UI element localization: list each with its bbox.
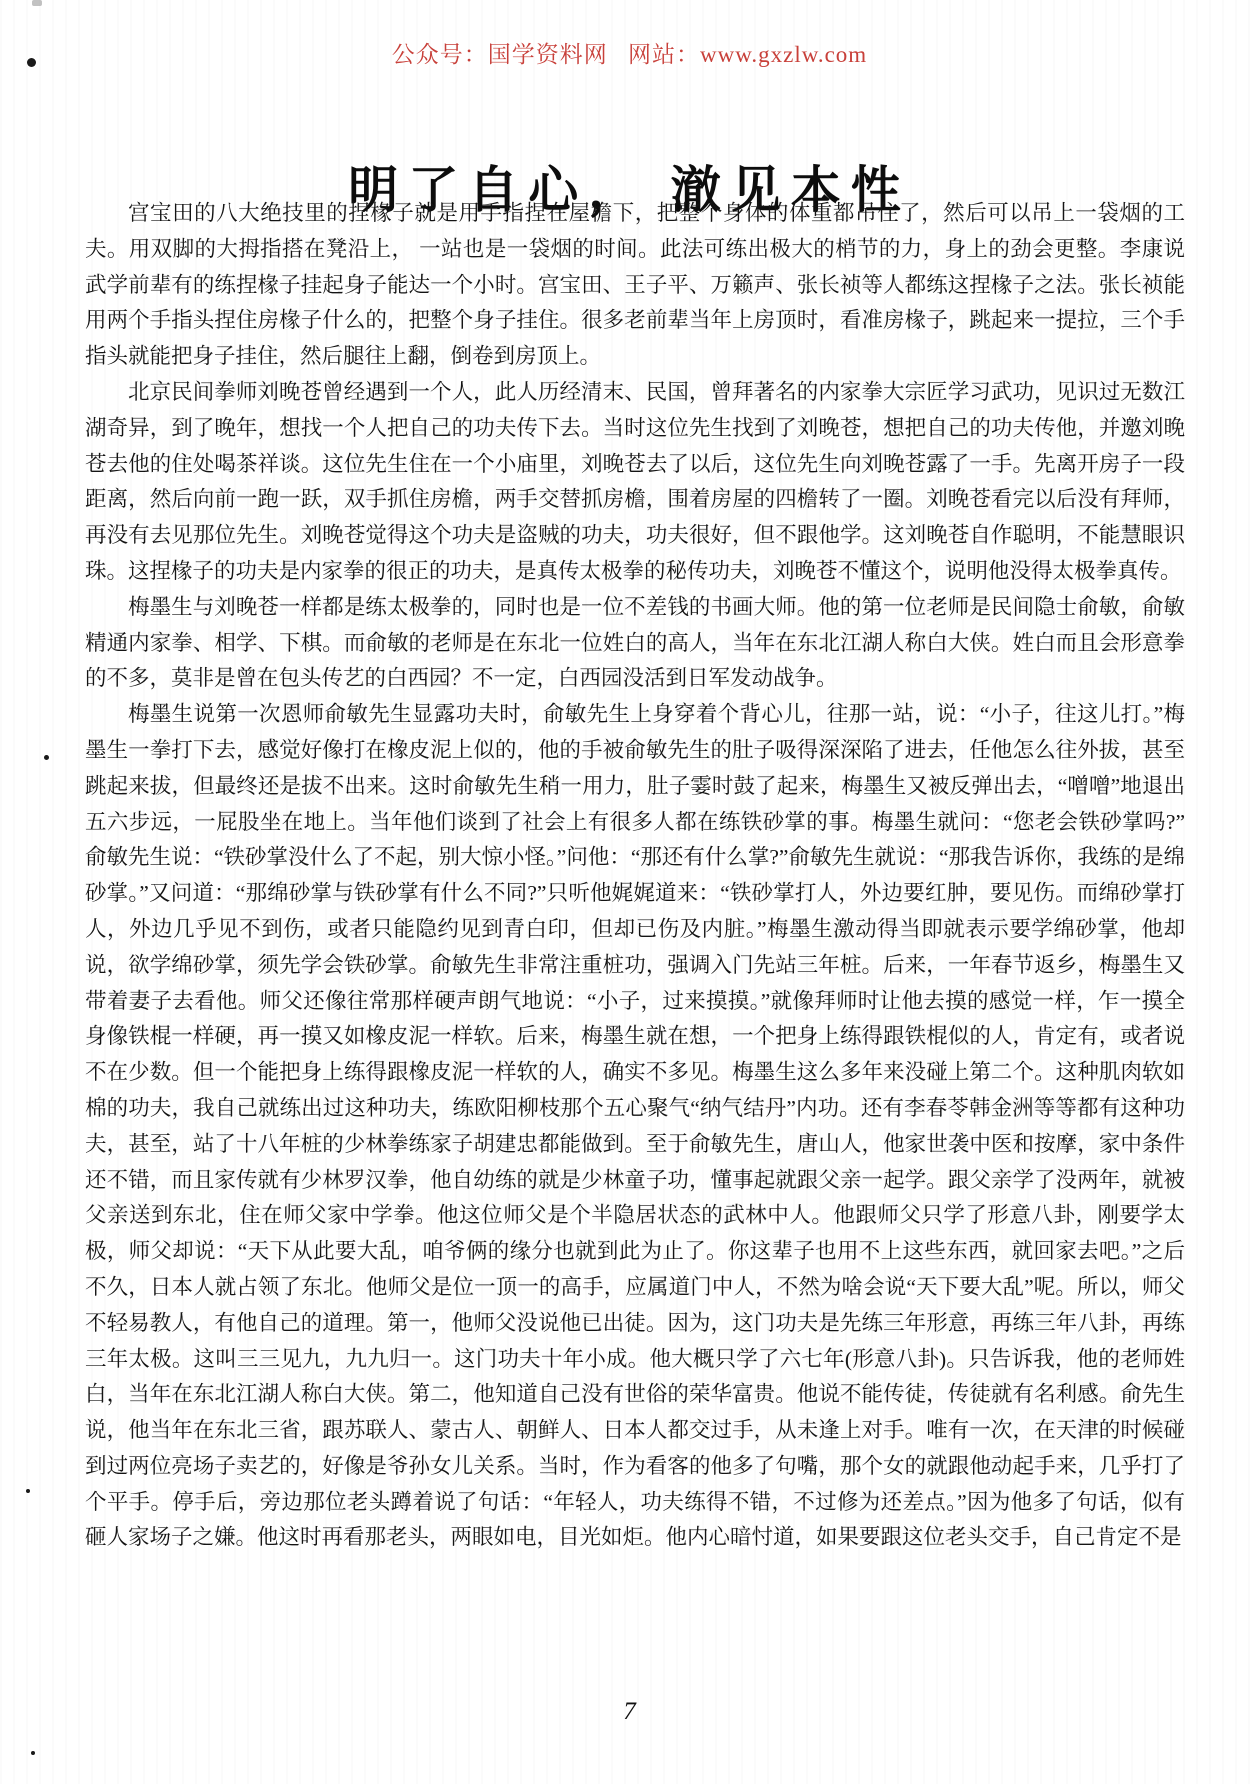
scan-speck <box>31 1751 35 1755</box>
page-number: 7 <box>0 1698 1259 1726</box>
paragraph-4: 梅墨生说第一次恩师俞敏先生显露功夫时，俞敏先生上身穿着个背心儿，往那一站，说：“… <box>85 697 1185 1556</box>
scan-speck <box>26 1489 30 1493</box>
paragraph-2: 北京民间拳师刘晚苍曾经遇到一个人，此人历经清末、民国，曾拜著名的内家拳大宗匠学习… <box>85 375 1185 590</box>
header-banner: 公众号：国学资料网 网站：www.gxzlw.com <box>0 36 1259 69</box>
paragraph-3: 梅墨生与刘晚苍一样都是练太极拳的，同时也是一位不差钱的书画大师。他的第一位老师是… <box>85 590 1185 697</box>
scan-smudge <box>32 0 42 6</box>
scanned-document-page: 公众号：国学资料网 网站：www.gxzlw.com 明了自心， 澈见本性 宫宝… <box>0 0 1259 1784</box>
scan-speck <box>44 755 49 760</box>
document-body: 宫宝田的八大绝技里的捏椽子就是用手指捏在屋檐下，把整个身体的体重都吊住了，然后可… <box>85 196 1185 1556</box>
paragraph-1: 宫宝田的八大绝技里的捏椽子就是用手指捏在屋檐下，把整个身体的体重都吊住了，然后可… <box>85 196 1185 375</box>
